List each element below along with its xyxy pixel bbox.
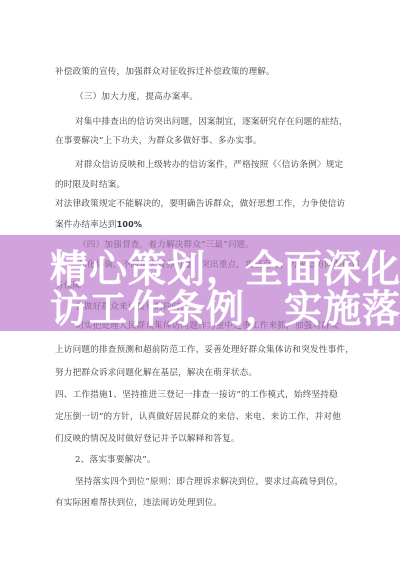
headline-line-2: 访工作条例，实施落地 — [50, 288, 400, 330]
doc-line: 们反映的情况及时做好登记并予以解释和答复。 — [55, 434, 240, 444]
completion-rate: 100% — [117, 220, 143, 229]
doc-line-text: 案件办结率达到 — [55, 220, 117, 230]
doc-line: 努力把群众诉求问题化解在基层，解决在萌芽状态。 — [55, 368, 257, 378]
doc-line: 补偿政策的宣传，加强群众对征收拆迁补偿政策的理解。 — [55, 67, 275, 77]
doc-line: 定压倒一切”的方针，认真做好居民群众的来信、来电、来访工作，并对他 — [55, 412, 341, 422]
doc-line: 对法律政策规定不能解决的，要明确告诉群众，做好思想工作，力争使信访 — [55, 199, 345, 209]
document-page: 补偿政策的宣传，加强群众对征收拆迁补偿政策的理解。 （三）加大力度，提高办案率。… — [0, 0, 400, 566]
doc-line: 2、落实事要解决”。 — [75, 455, 156, 465]
doc-line: 的时限及时结案。 — [55, 180, 125, 190]
doc-line: 上访问题的排查预测和超前防范工作，妥善处理好群众集体访和突发性事件， — [55, 345, 354, 355]
doc-line: 对群众信访反映和上级转办的信访案件，严格按照《〈信访条例〉规定 — [75, 160, 343, 170]
doc-line: 四、工作措施1、坚持推进三登记一排查一接访”的工作模式，始终坚持稳 — [55, 390, 338, 400]
doc-line: 有实际困难帮扶到位，违法闹访处理到位。 — [55, 498, 222, 508]
doc-line: （三）加大力度，提高办案率。 — [75, 92, 198, 102]
doc-line: 案件办结率达到100% — [55, 220, 142, 230]
doc-line: 在事要解决”上下功夫，为群众多做好事、多办实事。 — [55, 136, 262, 146]
doc-line: 对集中排查出的信访突出问题，因案制宜，逐案研究存在问题的症结， — [75, 117, 348, 127]
headline-line-1: 精心策划，全面深化信 — [50, 248, 400, 290]
doc-line: 坚持落实四个到位”原则：即合理诉求解决到位，要求过高疏导到位， — [75, 477, 343, 487]
